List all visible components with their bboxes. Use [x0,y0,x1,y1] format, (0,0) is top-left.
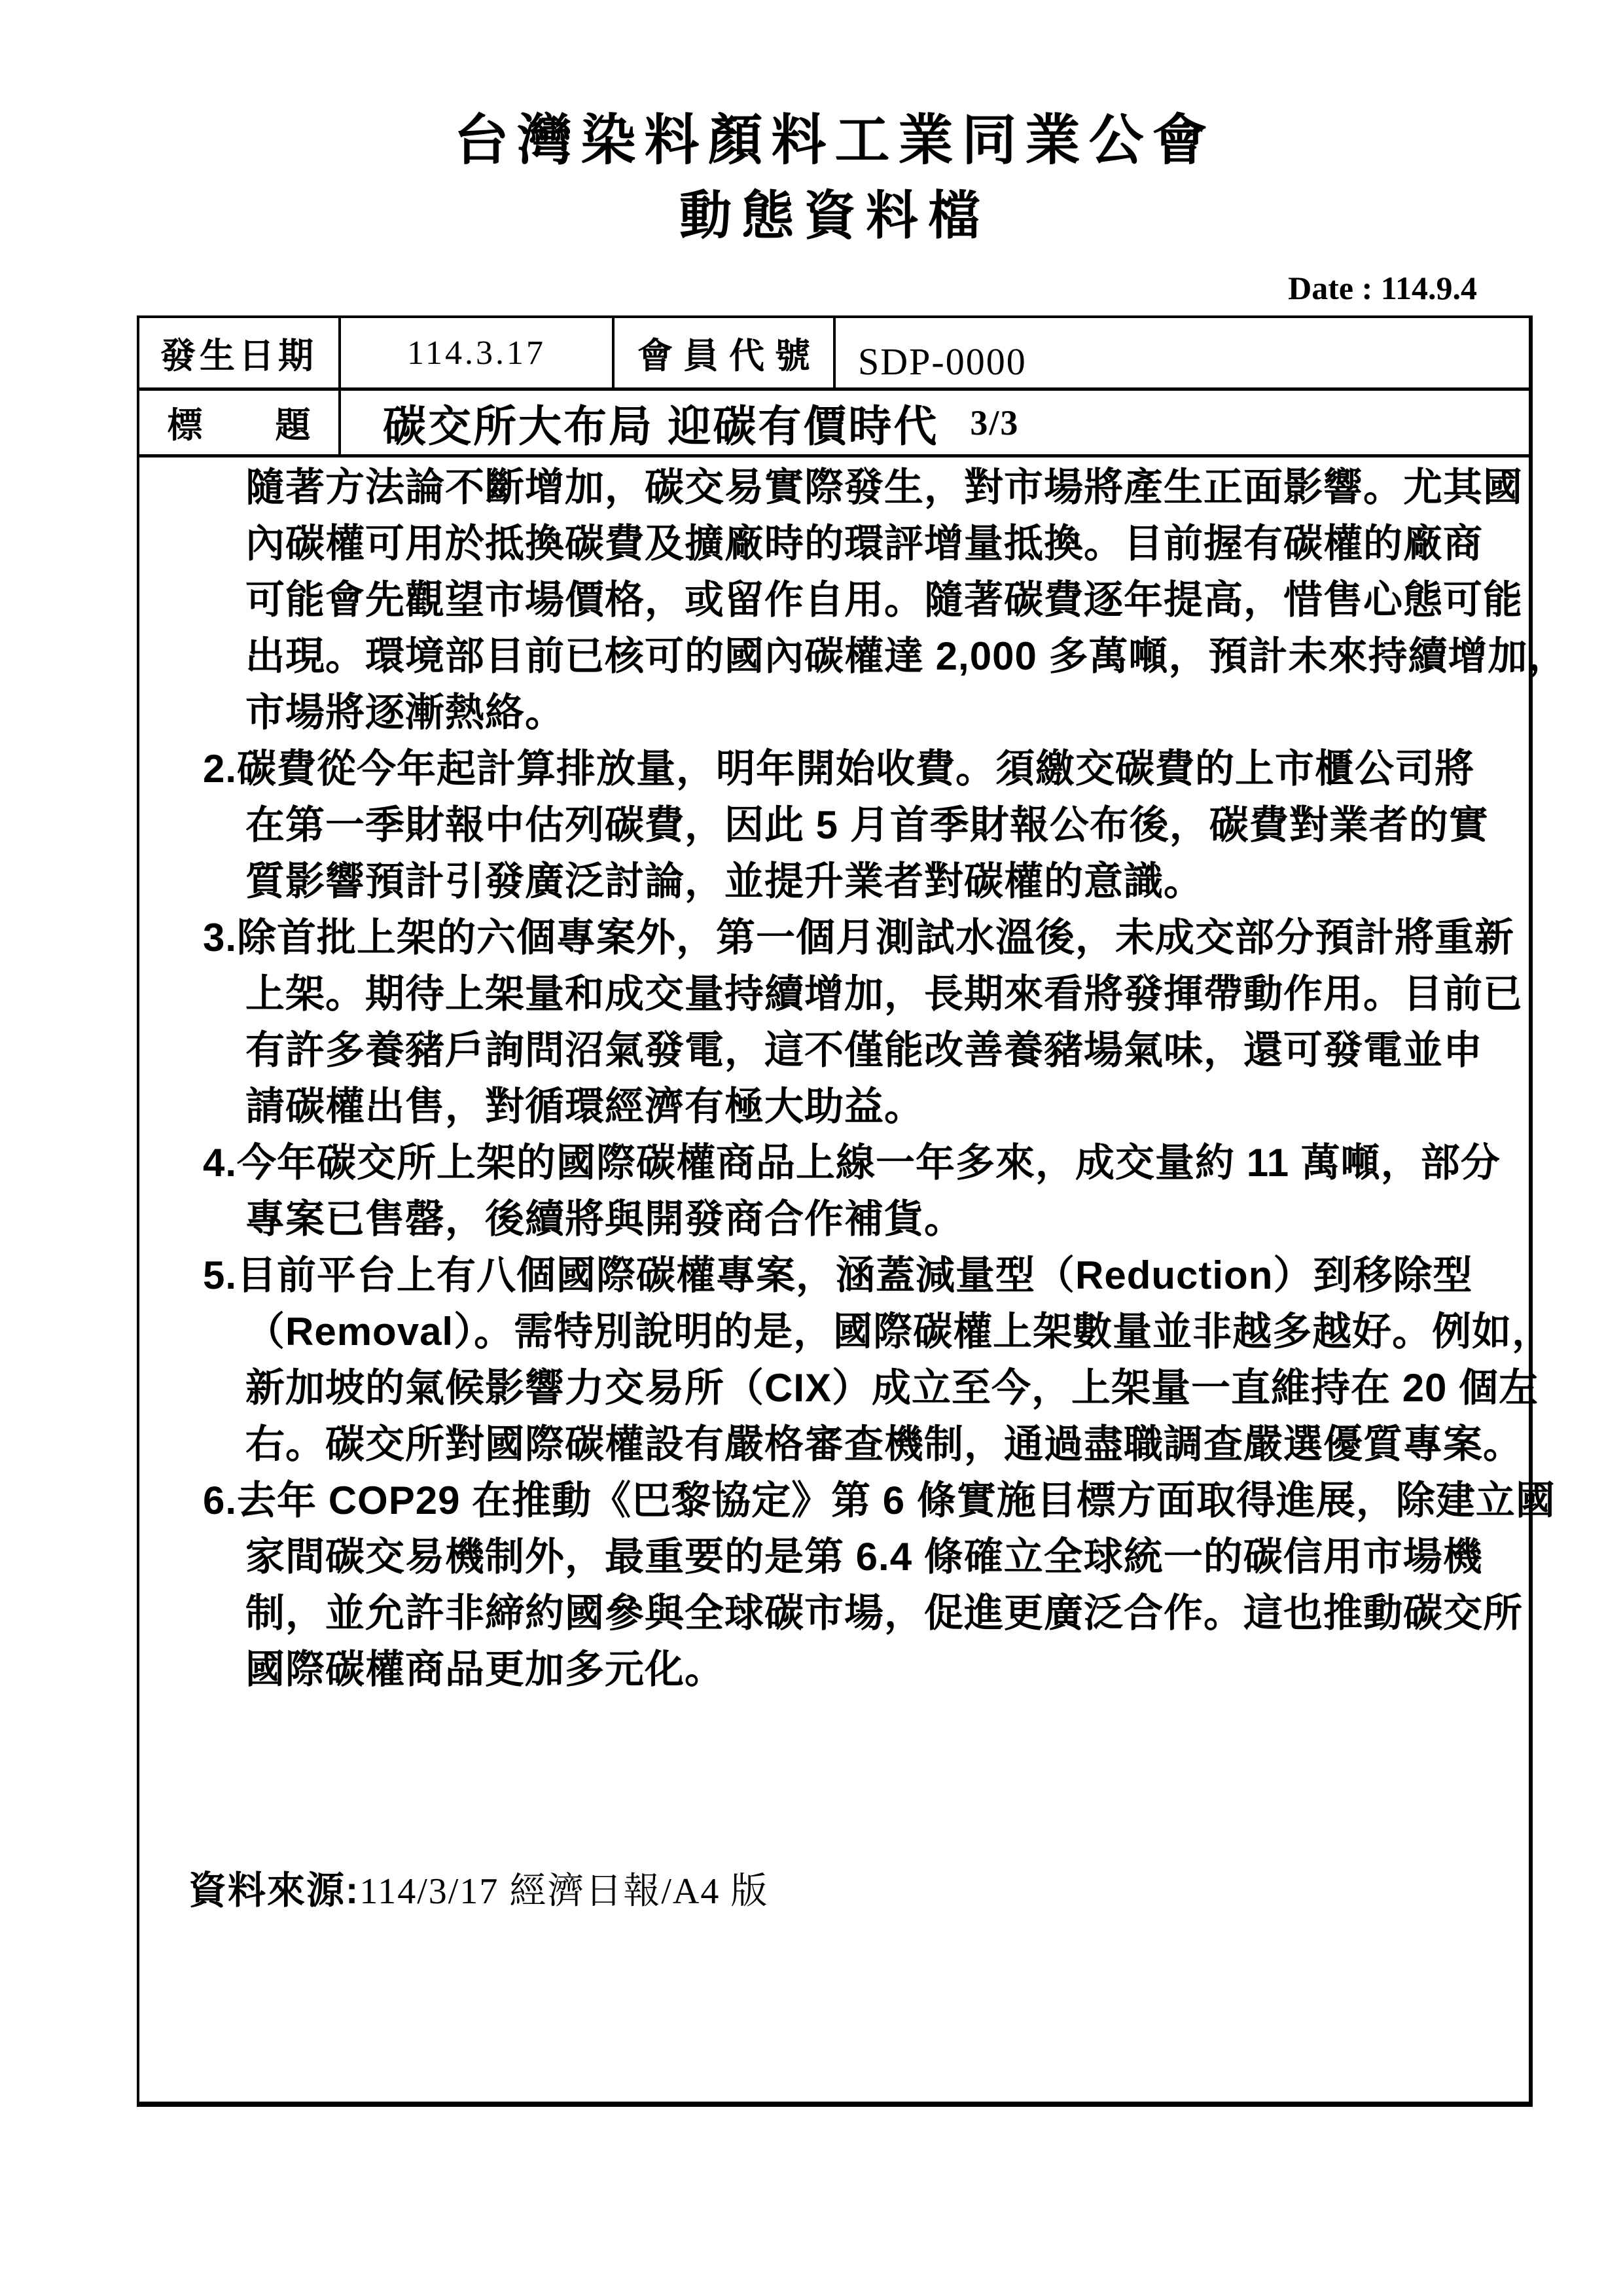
body-line: 4.今年碳交所上架的國際碳權商品上線一年多來，成交量約 11 萬噸，部分 [139,1135,1529,1191]
source-reference: 資料來源:114/3/17 經濟日報/A4 版 [188,1863,768,1919]
subject-page-number: 3/3 [970,403,1019,443]
date-stamp: Date : 114.9.4 [137,272,1533,304]
subject-title: 碳交所大布局 迎碳有價時代 [383,391,938,454]
occur-date-value: 114.3.17 [341,318,612,387]
body-line: 請碳權出售，對循環經濟有極大助益。 [139,1079,1529,1135]
body-line: 制，並允許非締約國參與全球碳市場，促進更廣泛合作。這也推動碳交所 [139,1585,1529,1641]
body-line: （Removal）。需特別說明的是，國際碳權上架數量並非越多越好。例如， [139,1304,1529,1360]
body-line: 質影響預計引發廣泛討論，並提升業者對碳權的意識。 [139,853,1529,910]
body-line: 5.目前平台上有八個國際碳權專案，涵蓋減量型（Reduction）到移除型 [139,1247,1529,1304]
body-line: 出現。環境部目前已核可的國內碳權達 2,000 多萬噸，預計未來持續增加， [139,628,1529,685]
source-label: 資料來源: [188,1869,359,1912]
form-table: 發生日期 114.3.17 會員代號 SDP-0000 標 題 碳交所大布局 迎… [137,315,1533,2107]
body-line: 3.除首批上架的六個專案外，第一個月測試水溫後，未成交部分預計將重新 [139,910,1529,966]
member-code-label: 會員代號 [615,318,833,387]
body-line: 國際碳權商品更加多元化。 [139,1641,1529,1698]
subject-row: 碳交所大布局 迎碳有價時代 3/3 [341,391,1529,454]
body-line: 有許多養豬戶詢問沼氣發電，這不僅能改善養豬場氣味，還可發電並申 [139,1022,1529,1079]
body-text: 隨著方法論不斷增加，碳交易實際發生，對市場將產生正面影響。尤其國 內碳權可用於抵… [139,459,1529,1698]
body-line: 上架。期待上架量和成交量持續增加，長期來看將發揮帶動作用。目前已 [139,966,1529,1022]
occur-date-label: 發生日期 [139,318,338,387]
body-line: 右。碳交所對國際碳權設有嚴格審查機制，通過盡職調查嚴選優質專案。 [139,1416,1529,1473]
body-line: 6.去年 COP29 在推動《巴黎協定》第 6 條實施目標方面取得進展，除建立國 [139,1473,1529,1529]
source-value: 114/3/17 經濟日報/A4 版 [359,1871,768,1912]
body-line: 市場將逐漸熱絡。 [139,685,1529,741]
body-line: 家間碳交易機制外，最重要的是第 6.4 條確立全球統一的碳信用市場機 [139,1529,1529,1585]
body-line: 隨著方法論不斷增加，碳交易實際發生，對市場將產生正面影響。尤其國 [139,459,1529,516]
row-divider-2 [139,454,1529,457]
document-page: 台灣染料顏料工業同業公會 動態資料檔 Date : 114.9.4 發生日期 1… [0,0,1623,2296]
body-line: 專案已售罄，後續將與開發商合作補貨。 [139,1191,1529,1247]
body-line: 在第一季財報中估列碳費，因此 5 月首季財報公布後，碳費對業者的實 [139,797,1529,853]
body-line: 2.碳費從今年起計算排放量，明年開始收費。須繳交碳費的上市櫃公司將 [139,741,1529,797]
page-title: 台灣染料顏料工業同業公會 [137,113,1533,168]
page-subtitle: 動態資料檔 [137,190,1533,242]
member-code-value: SDP-0000 [836,318,1529,387]
subject-label: 標 題 [139,391,338,454]
body-line: 內碳權可用於抵換碳費及擴廠時的環評增量抵換。目前握有碳權的廠商 [139,516,1529,572]
body-line: 新加坡的氣候影響力交易所（CIX）成立至今，上架量一直維持在 20 個左 [139,1360,1529,1416]
body-line: 可能會先觀望市場價格，或留作自用。隨著碳費逐年提高，惜售心態可能 [139,572,1529,628]
